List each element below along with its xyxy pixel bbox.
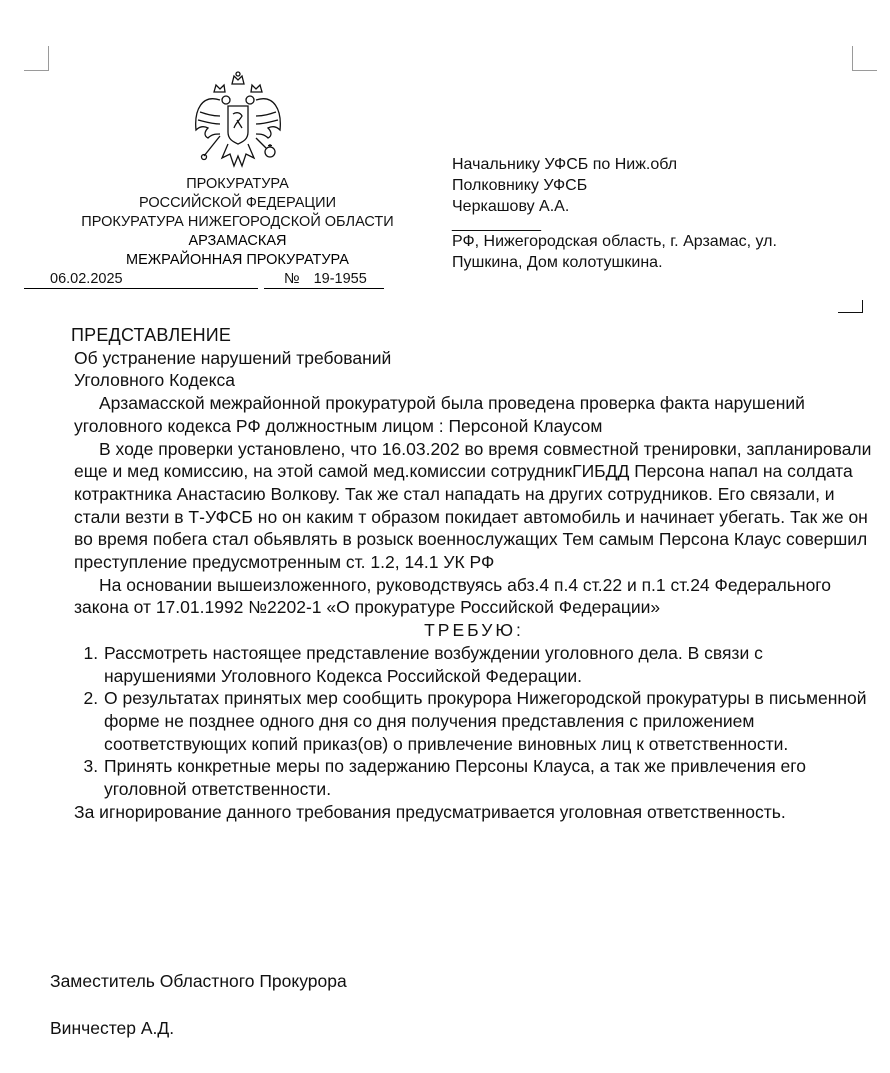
addressee-line: Черкашову А.А. (452, 196, 777, 217)
address-line: РФ, Нижегородская область, г. Арзамас, у… (452, 231, 777, 252)
addressee-block: Начальнику УФСБ по Ниж.обл Полковнику УФ… (452, 154, 777, 273)
document-date: 06.02.2025 (24, 271, 258, 289)
organization-header: ПРОКУРАТУРА РОССИЙСКОЙ ФЕДЕРАЦИИ ПРОКУРА… (20, 175, 455, 270)
document-body: ПРЕДСТАВЛЕНИЕ Об устранение нарушений тр… (74, 324, 874, 823)
coat-of-arms-icon (190, 70, 286, 172)
subject-line: Об устранение нарушений требований (74, 347, 874, 370)
document-number: 19-1955 (314, 271, 367, 287)
addressee-line: Начальнику УФСБ по Ниж.обл (452, 154, 777, 175)
org-line: ПРОКУРАТУРА (20, 175, 455, 194)
org-line: РОССИЙСКОЙ ФЕДЕРАЦИИ (20, 194, 455, 213)
demand-item: Принять конкретные меры по задержанию Пе… (103, 755, 874, 800)
document-title: ПРЕДСТАВЛЕНИЕ (71, 324, 874, 347)
page-corner-mark-top-right (852, 46, 877, 71)
org-line: МЕЖРАЙОННАЯ ПРОКУРАТУРА (20, 251, 455, 270)
page-corner-mark-bottom-right (838, 300, 863, 313)
demand-item: О результатах принятых мер сообщить прок… (103, 687, 874, 755)
subject-line: Уголовного Кодекса (74, 369, 874, 392)
address-line: Пушкина, Дом колотушкина. (452, 252, 777, 273)
org-line: ПРОКУРАТУРА НИЖЕГОРОДСКОЙ ОБЛАСТИ (20, 213, 455, 232)
addressee-separator: __________ (452, 217, 777, 231)
signatory-position: Заместитель Областного Прокурора (50, 971, 347, 992)
demand-list: Рассмотреть настоящее представление возб… (74, 642, 874, 801)
addressee-line: Полковнику УФСБ (452, 175, 777, 196)
paragraph: В ходе проверки установлено, что 16.03.2… (74, 438, 874, 574)
signatory-name: Винчестер А.Д. (50, 1018, 174, 1039)
demand-item: Рассмотреть настоящее представление возб… (103, 642, 874, 687)
document-number-field: №19-1955 (264, 271, 384, 289)
warning-text: За игнорирование данного требования пред… (74, 801, 874, 824)
paragraph: Арзамасской межрайонной прокуратурой был… (74, 392, 874, 437)
demand-heading: ТРЕБУЮ: (74, 619, 874, 642)
number-sign: № (284, 271, 300, 287)
org-line: АРЗАМАСКАЯ (20, 232, 455, 251)
page-corner-mark-top-left (24, 46, 49, 71)
paragraph: На основании вышеизложенного, руководств… (74, 574, 874, 619)
